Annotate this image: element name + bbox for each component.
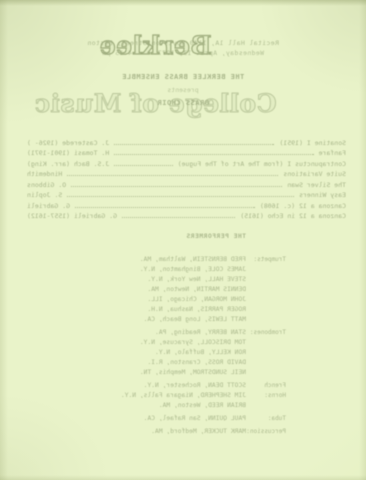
dot-leader [67, 196, 294, 197]
piece-title: Canzona a 12 in Echo (1615) [240, 212, 346, 220]
instrument-label: Percussion: [246, 427, 286, 437]
performer-name: DAVID ROSS, Cranston, R.I. [0, 358, 246, 368]
performer-group: Tuba: PAUL QUINN, San Rafael, CA. [0, 414, 286, 424]
piece-title: Easy Winners [299, 191, 346, 199]
piece-title: Contrapunctus I (from The Art of The Fug… [178, 160, 346, 168]
program-row: Sonatine I (1951) J. Casterede (1926- ) [27, 136, 346, 147]
dot-leader [71, 186, 282, 187]
composer-name: J.S. Bach (arr. King) [27, 160, 109, 168]
composer-name: G. Gabrieli (1557-1612) [27, 212, 117, 220]
composer-name: S. Joplin [27, 191, 62, 199]
program-row: Fanfare H. Tomasi (1901-1971) [27, 147, 346, 158]
program-row: Canzona a 12 in Echo (1615) G. Gabrieli … [27, 210, 346, 221]
performer-name: MARK TUCKER, Medford, MA. [0, 427, 246, 437]
dot-leader [67, 175, 278, 176]
performer-name: BRIAN REED, Weston, MA. [0, 401, 246, 411]
performer-group: French Horns: SCOTT DEAN, Rochester, N.Y… [0, 381, 286, 411]
performer-name: STEVE HALL, New York, N.Y. [0, 275, 246, 285]
performer-name: JIM SHEPHERD, Niagara Falls, N.Y. [0, 391, 246, 401]
dot-leader [122, 217, 235, 218]
program-row: The Silver Swan O. Gibbons [27, 178, 346, 189]
performer-names: MARK TUCKER, Medford, MA. [0, 427, 246, 437]
composer-name: H. Tomasi (1901-1971) [27, 149, 109, 157]
venue-line: Recital Hall 1A, 1140 Boylston Street, B… [0, 39, 366, 47]
performer-name: DENNIS MARTIN, Newton, MA. [0, 285, 246, 295]
program-row: Easy Winners S. Joplin [27, 189, 346, 200]
dot-leader [114, 154, 313, 155]
performer-names: PAUL QUINN, San Rafael, CA. [0, 414, 246, 424]
program-row: Canzona a 12 (c. 1608) G. Gabrieli [27, 199, 346, 210]
instrument-label: Trombones: [246, 328, 286, 378]
performer-names: FRED BERNSTEIN, Waltham, MA.JAMES COLE, … [0, 255, 246, 325]
scanned-program-page: Berklee College of Music Recital Hall 1A… [0, 0, 366, 480]
performers-section: THE PERFORMERS Trumpets: FRED BERNSTEIN,… [0, 232, 286, 440]
performer-group: Trombones: STAN BERRY, Reading, PA.TOM D… [0, 328, 286, 378]
composer-name: Hindemith [27, 170, 62, 178]
performer-name: STAN BERRY, Reading, PA. [0, 328, 246, 338]
dot-leader [114, 165, 173, 166]
piece-title: Canzona a 12 (c. 1608) [260, 202, 346, 210]
dot-leader [75, 207, 255, 208]
performers-list: Trumpets: FRED BERNSTEIN, Waltham, MA.JA… [0, 255, 286, 437]
composer-name: O. Gibbons [27, 181, 66, 189]
performer-names: SCOTT DEAN, Rochester, N.Y.JIM SHEPHERD,… [0, 381, 246, 411]
presents-label: presents [0, 86, 366, 94]
performer-name: MATT LEWIS, Long Beach, CA. [0, 315, 246, 325]
performer-name: TOM DRISCOLL, Syracuse, N.Y. [0, 338, 246, 348]
performer-name: FRED BERNSTEIN, Waltham, MA. [0, 255, 246, 265]
piece-title: Sonatine I (1951) [279, 139, 346, 147]
instrument-label: Trumpets: [246, 255, 286, 325]
instrument-label: Tuba: [246, 414, 286, 424]
piece-title: The Silver Swan [287, 181, 346, 189]
ensemble-title: THE BERKLEE BRASS ENSEMBLE [0, 73, 366, 81]
composer-name: G. Gabrieli [27, 202, 70, 210]
performer-name: SCOTT DEAN, Rochester, N.Y. [0, 381, 246, 391]
program-list: Sonatine I (1951) J. Casterede (1926- ) … [27, 136, 346, 220]
performer-name: ROGER PARRIS, Nashua, N.H. [0, 305, 246, 315]
date-line: Wednesday, April 13, 1977 4:15 pm [0, 49, 366, 57]
performer-names: STAN BERRY, Reading, PA.TOM DRISCOLL, Sy… [0, 328, 246, 378]
performers-heading: THE PERFORMERS [146, 232, 286, 242]
program-row: Contrapunctus I (from The Art of The Fug… [27, 157, 346, 168]
performer-name: JOHN MORGAN, Chicago, ILL. [0, 295, 246, 305]
program-row: Suite Variations Hindemith [27, 168, 346, 179]
program-title: BRASS CHOIR [0, 99, 366, 107]
piece-title: Fanfare [319, 149, 346, 157]
instrument-label: French Horns: [246, 381, 286, 411]
performer-name: RON KELLY, Buffalo, N.Y. [0, 348, 246, 358]
dot-leader [114, 144, 274, 145]
composer-name: J. Casterede (1926- ) [27, 139, 109, 147]
performer-name: JAMES COLE, Binghamton, N.Y. [0, 265, 246, 275]
performer-group: Trumpets: FRED BERNSTEIN, Waltham, MA.JA… [0, 255, 286, 325]
performer-name: PAUL QUINN, San Rafael, CA. [0, 414, 246, 424]
piece-title: Suite Variations [283, 170, 346, 178]
performer-group: Percussion: MARK TUCKER, Medford, MA. [0, 427, 286, 437]
performer-name: NEIL SUNDSTROM, Memphis, TN. [0, 368, 246, 378]
showthrough-sheet: Berklee College of Music Recital Hall 1A… [0, 0, 366, 480]
